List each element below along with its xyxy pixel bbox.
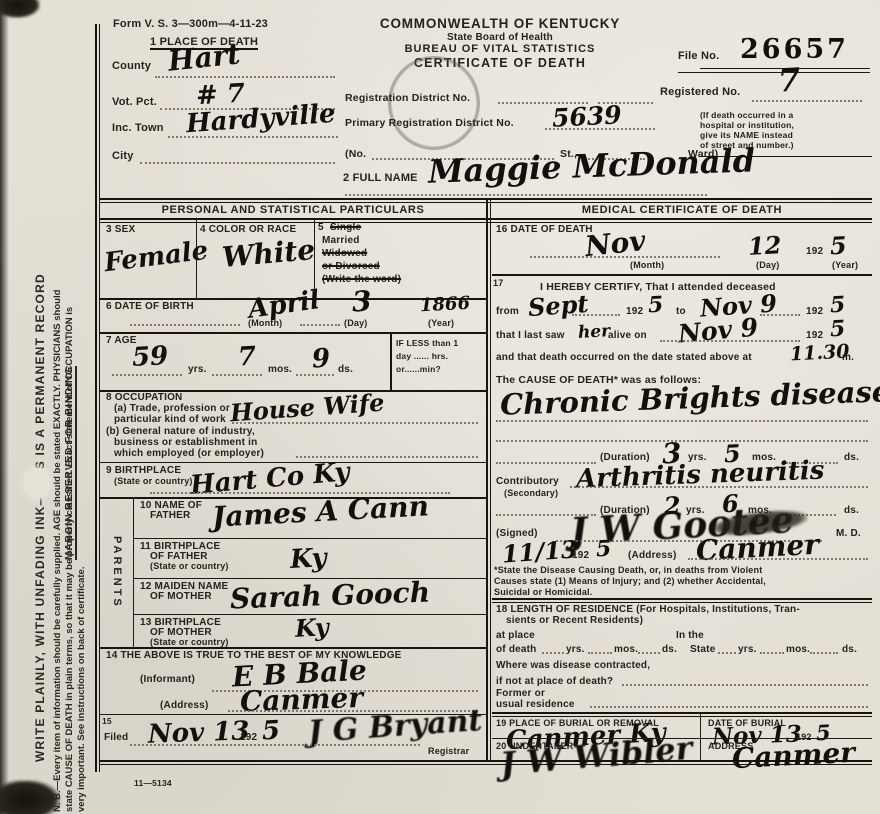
dotted-line [345, 194, 707, 196]
dotted-line [622, 684, 868, 686]
marital-number: 5 [318, 222, 324, 233]
ds-caption: ds. [844, 505, 859, 516]
full-name-value: Maggie McDonald [428, 144, 756, 187]
full-name-label: 2 FULL NAME [343, 172, 418, 184]
personal-section-title: PERSONAL AND STATISTICAL PARTICULARS [100, 204, 486, 216]
of-death-label: of death [496, 644, 537, 655]
dotted-line [572, 314, 620, 316]
registered-no-label: Registered No. [660, 86, 740, 98]
sex-value: Female [103, 238, 210, 277]
state-label: State [690, 644, 715, 655]
file-no-value: 26657 [740, 36, 849, 63]
informant-address-label: (Address) [160, 700, 208, 711]
dotted-line [590, 706, 868, 708]
to-year-digit: 5 [829, 294, 845, 317]
occupation-a-line: (a) Trade, profession or [114, 403, 230, 414]
month-caption: (Month) [248, 318, 282, 328]
print-code: 11—5134 [134, 778, 172, 788]
mos-caption: mos. [614, 644, 638, 655]
dotted-line [112, 374, 182, 376]
filed-year-digit: 5 [261, 718, 280, 745]
primary-district-value: 5639 [551, 102, 622, 131]
father-name-label: FATHER [150, 510, 190, 521]
to-year-prefix: 192 [806, 306, 823, 317]
registered-no-value: 7 [777, 63, 801, 96]
age-months-value: 7 [237, 344, 256, 371]
occupation-b-line: business or establishment in [114, 437, 257, 448]
filed-number: 15 [102, 716, 112, 726]
undertaker-address-value: Canmer [731, 739, 855, 773]
filed-label: Filed [104, 732, 128, 743]
parents-label: PARENTS [111, 536, 123, 609]
dotted-line [168, 136, 338, 138]
year-caption: (Year) [428, 318, 454, 328]
dotted-line [545, 128, 655, 130]
marital-option-married: Married [322, 235, 360, 246]
file-no-label: File No. [678, 50, 719, 62]
death-certificate-scan: MARGIN RESERVED FOR BINDING WRITE PLAINL… [0, 0, 880, 814]
from-year-digit: 5 [647, 294, 663, 317]
mother-name-value: Sarah Gooch [230, 579, 431, 614]
cause-footnote-line: Causes state (1) Means of Injury; and (2… [494, 576, 766, 586]
dotted-line [752, 100, 862, 102]
occupation-b-line: (b) General nature of industry, [106, 426, 255, 437]
mother-birthplace-value: Ky [294, 615, 329, 641]
cause-footnote-line: *State the Disease Causing Death, or, in… [494, 565, 762, 575]
last-saw-suffix: alive on [608, 330, 647, 341]
inc-town-label: Inc. Town [112, 122, 164, 134]
if-less-line: day ...... hrs. [396, 351, 448, 361]
dotted-line [688, 558, 868, 560]
dotted-line [660, 340, 800, 342]
commonwealth-title: COMMONWEALTH OF KENTUCKY [340, 16, 660, 31]
dotted-line [760, 652, 784, 654]
certify-number: 17 [493, 278, 503, 288]
dotted-line [155, 76, 335, 78]
hospital-note-line: give its NAME instead [700, 130, 793, 140]
residence-label: sients or Recent Residents) [506, 615, 643, 626]
registration-district-label: Registration District No. [345, 92, 470, 104]
month-caption: (Month) [630, 260, 664, 270]
yrs-caption: yrs. [188, 364, 207, 375]
scan-corner-blot [0, 0, 40, 18]
dob-label: 6 DATE OF BIRTH [106, 301, 194, 312]
dotted-line [570, 486, 868, 488]
rule [492, 712, 872, 717]
cell-divider [700, 712, 701, 760]
cell-divider [133, 497, 134, 647]
color-race-value: White [221, 236, 316, 272]
color-race-label: 4 COLOR OR RACE [200, 224, 296, 235]
former-or-label: Former or [496, 688, 545, 699]
ds-caption: ds. [842, 644, 857, 655]
occupation-b-line: which employed (or employer) [114, 448, 264, 459]
last-saw-year-digit: 5 [829, 318, 845, 341]
mother-name-label: OF MOTHER [150, 591, 212, 602]
md-caption: M. D. [836, 528, 861, 539]
dotted-line [496, 440, 868, 442]
if-less-line: IF LESS than 1 [396, 338, 458, 348]
marital-option-divorced: or Divorced [322, 261, 380, 272]
state-board-subtitle: State Board of Health [340, 32, 660, 43]
mos-caption: mos. [268, 364, 292, 375]
year-caption: (Year) [832, 260, 858, 270]
age-days-value: 9 [311, 346, 330, 373]
dotted-line [588, 652, 612, 654]
dotted-line [810, 652, 838, 654]
state-or-country-caption: (State or country) [150, 637, 229, 647]
if-less-line: or......min? [396, 364, 441, 374]
at-place-label: at place [496, 630, 535, 641]
margin-nb-note: N. B.—Every item of information should b… [52, 290, 88, 812]
informant-label: (Informant) [140, 674, 195, 685]
margin-write-plainly: WRITE PLAINLY, WITH UNFADING INK—THIS IS… [33, 273, 47, 762]
ds-caption: ds. [338, 364, 353, 375]
dotted-line [760, 314, 800, 316]
column-divider [486, 198, 491, 762]
dotted-line [130, 324, 240, 326]
dotted-line [530, 256, 720, 258]
primary-district-label: Primary Registration District No. [345, 117, 514, 129]
dotted-line [496, 420, 868, 422]
where-contracted-label: Where was disease contracted, [496, 660, 650, 671]
signed-date-value: 11/13 [501, 537, 578, 566]
medical-section-title: MEDICAL CERTIFICATE OF DEATH [492, 204, 872, 216]
contributory-label: Contributory [496, 476, 559, 487]
state-or-country-caption: (State or country) [114, 476, 193, 486]
scan-bottom-blot [0, 780, 60, 814]
state-or-country-caption: (State or country) [150, 561, 229, 571]
dotted-line [140, 162, 335, 164]
marital-option-single: Single [330, 222, 361, 233]
last-saw-her: her [578, 323, 611, 342]
registrar-signature: J G Bryant [307, 706, 483, 748]
vot-pct-label: Vot. Pct. [112, 96, 157, 108]
time-m-caption: m. [842, 352, 854, 363]
date-of-death-label: 16 DATE OF DEATH [496, 224, 593, 235]
secondary-caption: (Secondary) [504, 488, 558, 498]
form-left-border [95, 24, 100, 772]
marital-write-word-note: (Write the word) [322, 274, 401, 285]
dob-year-value: 1866 [420, 295, 471, 316]
rule [133, 538, 486, 539]
marital-option-widowed: Widowed [322, 248, 367, 259]
attended-to-label: to [676, 306, 686, 317]
death-occurred-statement: and that death occurred on the date stat… [496, 352, 752, 363]
dotted-line [300, 324, 340, 326]
sex-label: 3 SEX [106, 224, 135, 235]
dod-day-value: 12 [747, 233, 782, 259]
attended-from-label: from [496, 306, 519, 317]
residence-label: 18 LENGTH OF RESIDENCE (For Hospitals, I… [496, 604, 800, 615]
county-label: County [112, 60, 151, 72]
bureau-subtitle: BUREAU OF VITAL STATISTICS [340, 43, 660, 55]
last-saw-prefix: that I last saw [496, 330, 565, 341]
yrs-caption: yrs. [566, 644, 585, 655]
from-year-prefix: 192 [626, 306, 643, 317]
signed-address-value: Canmer [695, 531, 819, 565]
dotted-line [130, 744, 420, 746]
signed-address-label: (Address) [628, 550, 676, 561]
father-name-value: James A Cann [211, 492, 429, 531]
hospital-note-line: hospital or institution, [700, 120, 794, 130]
mos-caption: mos. [786, 644, 810, 655]
filed-year-prefix: 192 [240, 732, 257, 743]
signed-year-digit: 5 [595, 538, 611, 561]
dotted-line [718, 652, 736, 654]
death-time-value: 11.30 [790, 342, 850, 364]
cell-divider [390, 332, 392, 390]
street-no-label: (No. [345, 148, 366, 160]
day-caption: (Day) [344, 318, 368, 328]
dod-year-digit: 5 [829, 234, 847, 259]
father-birthplace-value: Ky [289, 545, 327, 573]
rule [678, 72, 870, 73]
dod-year-prefix: 192 [806, 246, 823, 257]
yrs-caption: yrs. [738, 644, 757, 655]
certificate-title: CERTIFICATE OF DEATH [340, 56, 660, 70]
ds-caption: ds. [662, 644, 677, 655]
ink-eraser-blot [24, 468, 50, 498]
parents-sidebar: PARENTS [101, 497, 133, 647]
if-not-label: if not at place of death? [496, 676, 613, 687]
rule [100, 332, 486, 334]
rule [492, 598, 872, 603]
occupation-a-line: particular kind of work [114, 414, 226, 425]
dotted-line [232, 422, 478, 424]
margin-nb-line: state CAUSE OF DEATH in plain terms, so … [64, 290, 76, 812]
form-number: Form V. S. 3—300m—4-11-23 [113, 18, 268, 30]
margin-nb-line: very important. See instructions on back… [76, 290, 88, 812]
occupation-label: 8 OCCUPATION [106, 392, 182, 403]
birthplace-label: 9 BIRTHPLACE [106, 465, 181, 476]
hospital-note-line: (If death occurred in a [700, 110, 793, 120]
dotted-line [638, 652, 660, 654]
dotted-line [212, 374, 262, 376]
ds-caption: ds. [844, 452, 859, 463]
county-value: Hart [167, 40, 242, 75]
dob-day-value: 3 [351, 288, 372, 317]
age-years-value: 59 [131, 343, 168, 371]
rule [492, 274, 872, 276]
margin-nb-line: N. B.—Every item of information should b… [52, 290, 64, 812]
dotted-line [542, 652, 564, 654]
usual-residence-label: usual residence [496, 699, 575, 710]
registrar-label: Registrar [428, 746, 469, 756]
cause-footnote-line: Suicidal or Homicidal. [494, 587, 592, 597]
signed-year-prefix: 192 [572, 550, 589, 561]
rule [100, 647, 486, 649]
day-caption: (Day) [756, 260, 780, 270]
scan-left-edge [0, 0, 9, 814]
occupation-value: House Wife [229, 391, 385, 426]
city-label: City [112, 150, 134, 162]
cell-divider [196, 219, 197, 298]
dotted-line [296, 456, 478, 458]
last-saw-year-prefix: 192 [806, 330, 823, 341]
in-the-label: In the [676, 630, 704, 641]
dotted-line [296, 374, 334, 376]
